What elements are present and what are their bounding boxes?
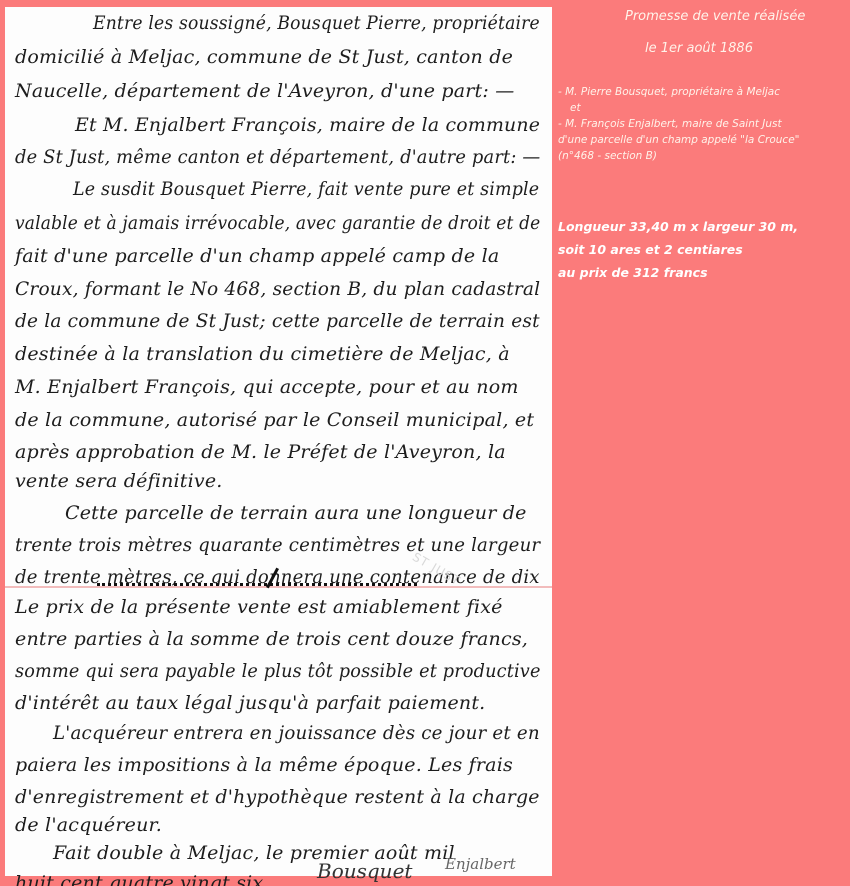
handwritten-line: Entre les soussigné, Bousquet Pierre, pr… xyxy=(93,12,540,34)
panel-title: Promesse de vente réalisée xyxy=(625,9,805,24)
summary-dimensions: Longueur 33,40 m x largeur 30 m, xyxy=(558,215,798,238)
party-seller: - M. Pierre Bousquet, propriétaire à Mel… xyxy=(558,84,799,100)
handwritten-line: Le prix de la présente vente est amiable… xyxy=(15,596,503,618)
party-conjunction: et xyxy=(558,100,799,116)
parcel-description: d'une parcelle d'un champ appelé "la Cro… xyxy=(558,132,799,148)
handwritten-line: domicilié à Meljac, commune de St Just, … xyxy=(15,46,513,68)
handwritten-line: de St Just, même canton et département, … xyxy=(15,146,540,168)
handwritten-line: M. Enjalbert François, qui accepte, pour… xyxy=(15,376,519,398)
handwritten-line: fait d'une parcelle d'un champ appelé ca… xyxy=(15,245,499,267)
handwritten-line: de l'acquéreur. xyxy=(15,814,162,836)
handwritten-line: paiera les impositions à la même époque.… xyxy=(15,754,513,776)
summary-area: soit 10 ares et 2 centiares xyxy=(558,238,798,261)
handwritten-line: entre parties à la somme de trois cent d… xyxy=(15,628,528,650)
handwritten-line: Cette parcelle de terrain aura une longu… xyxy=(65,502,527,524)
handwritten-line: d'intérêt au taux légal jusqu'à parfait … xyxy=(15,692,485,714)
sale-summary: Longueur 33,40 m x largeur 30 m, soit 10… xyxy=(558,215,798,284)
handwritten-deed-scan: Entre les soussigné, Bousquet Pierre, pr… xyxy=(5,7,552,876)
handwritten-line: destinée à la translation du cimetière d… xyxy=(15,343,510,365)
handwritten-line: Naucelle, département de l'Aveyron, d'un… xyxy=(15,80,514,102)
handwritten-line: trente trois mètres quarante centimètres… xyxy=(15,534,540,556)
handwritten-line: d'enregistrement et d'hypothèque restent… xyxy=(15,786,540,808)
deed-page-bottom: Le prix de la présente vente est amiable… xyxy=(5,589,552,876)
signature-bousquet: Bousquet xyxy=(317,859,412,883)
handwritten-line: Croux, formant le No 468, section B, du … xyxy=(15,278,540,300)
handwritten-line: vente sera définitive. xyxy=(15,470,223,492)
handwritten-line: de la commune, autorisé par le Conseil m… xyxy=(15,409,534,431)
deed-page-top: Entre les soussigné, Bousquet Pierre, pr… xyxy=(5,7,552,587)
handwritten-line: valable et à jamais irrévocable, avec ga… xyxy=(15,212,540,234)
signature-enjalbert: Enjalbert xyxy=(445,855,516,873)
handwritten-line: de la commune de St Just; cette parcelle… xyxy=(15,310,540,332)
page-join-divider xyxy=(5,586,552,588)
party-buyer: - M. François Enjalbert, maire de Saint … xyxy=(558,116,799,132)
summary-panel: Promesse de vente réalisée le 1er août 1… xyxy=(558,0,850,886)
handwritten-line: Le susdit Bousquet Pierre, fait vente pu… xyxy=(73,178,539,200)
parcel-reference: (n°468 - section B) xyxy=(558,148,799,164)
handwritten-line: Et M. Enjalbert François, maire de la co… xyxy=(75,114,540,136)
handwritten-line: somme qui sera payable le plus tôt possi… xyxy=(15,660,541,682)
handwritten-line: huit cent quatre vingt six. xyxy=(15,872,270,886)
dotted-rule xyxy=(97,583,417,586)
handwritten-line: après approbation de M. le Préfet de l'A… xyxy=(15,441,506,463)
summary-price: au prix de 312 francs xyxy=(558,261,798,284)
handwritten-line: L'acquéreur entrera en jouissance dès ce… xyxy=(53,722,540,744)
panel-date: le 1er août 1886 xyxy=(645,41,753,56)
parties-list: - M. Pierre Bousquet, propriétaire à Mel… xyxy=(558,84,799,164)
